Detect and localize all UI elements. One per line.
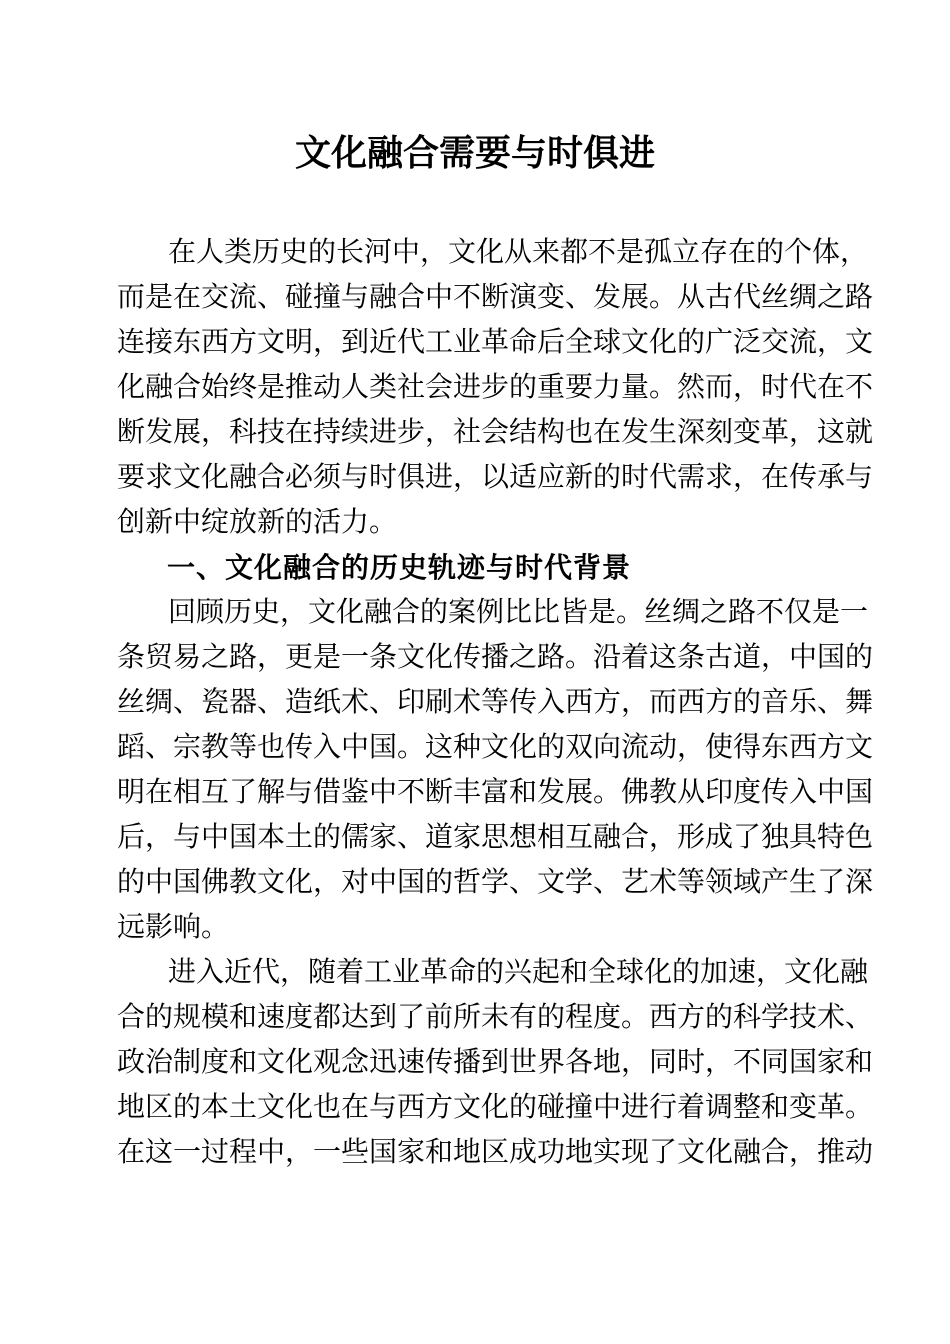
section-heading: 一、文化融合的历史轨迹与时代背景 bbox=[117, 545, 820, 590]
paragraph-line: 地区的本土文化也在与西方文化的碰撞中进行着调整和变革。 bbox=[117, 1085, 820, 1130]
paragraph-line: 远影响。 bbox=[117, 905, 820, 950]
paragraph-line: 明在相互了解与借鉴中不断丰富和发展。佛教从印度传入中国 bbox=[117, 770, 820, 815]
paragraph-line: 要求文化融合必须与时俱进，以适应新的时代需求，在传承与 bbox=[117, 455, 820, 500]
paragraph-line: 化融合始终是推动人类社会进步的重要力量。然而，时代在不 bbox=[117, 365, 820, 410]
paragraph-line: 政治制度和文化观念迅速传播到世界各地，同时，不同国家和 bbox=[117, 1040, 820, 1085]
paragraph-line: 在人类历史的长河中，文化从来都不是孤立存在的个体， bbox=[117, 230, 820, 275]
paragraph-line: 后，与中国本土的儒家、道家思想相互融合，形成了独具特色 bbox=[117, 815, 820, 860]
paragraph-line: 蹈、宗教等也传入中国。这种文化的双向流动，使得东西方文 bbox=[117, 725, 820, 770]
paragraph-line: 创新中绽放新的活力。 bbox=[117, 500, 820, 545]
paragraph-line: 条贸易之路，更是一条文化传播之路。沿着这条古道，中国的 bbox=[117, 635, 820, 680]
paragraph-line: 断发展，科技在持续进步，社会结构也在发生深刻变革，这就 bbox=[117, 410, 820, 455]
paragraph-line: 而是在交流、碰撞与融合中不断演变、发展。从古代丝绸之路 bbox=[117, 275, 820, 320]
paragraph-line: 的中国佛教文化，对中国的哲学、文学、艺术等领域产生了深 bbox=[117, 860, 820, 905]
paragraph-line: 在这一过程中，一些国家和地区成功地实现了文化融合，推动 bbox=[117, 1130, 820, 1175]
document-title: 文化融合需要与时俱进 bbox=[0, 126, 950, 180]
paragraph-line: 丝绸、瓷器、造纸术、印刷术等传入西方，而西方的音乐、舞 bbox=[117, 680, 820, 725]
paragraph-line: 进入近代，随着工业革命的兴起和全球化的加速，文化融 bbox=[117, 950, 820, 995]
document-page: 文化融合需要与时俱进 在人类历史的长河中，文化从来都不是孤立存在的个体， 而是在… bbox=[0, 0, 950, 1344]
paragraph-line: 连接东西方文明，到近代工业革命后全球文化的广泛交流，文 bbox=[117, 320, 820, 365]
document-body: 在人类历史的长河中，文化从来都不是孤立存在的个体， 而是在交流、碰撞与融合中不断… bbox=[117, 230, 820, 1175]
paragraph-line: 回顾历史，文化融合的案例比比皆是。丝绸之路不仅是一 bbox=[117, 590, 820, 635]
paragraph-line: 合的规模和速度都达到了前所未有的程度。西方的科学技术、 bbox=[117, 995, 820, 1040]
